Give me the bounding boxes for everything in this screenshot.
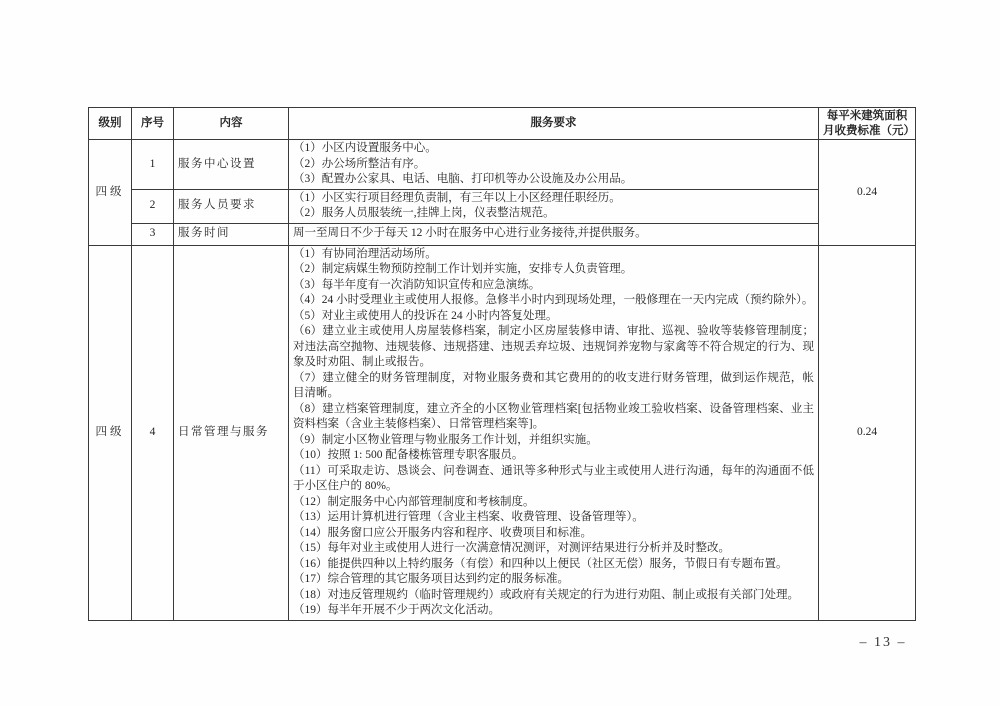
- index-cell-1: 1: [132, 140, 174, 190]
- table-row-4: 四级 4 日常管理与服务 （1）有协同治理活动场所。（2）制定病媒生物预防控制工…: [89, 245, 916, 620]
- table-row-3: 3 服务时间 周一至周日不少于每天 12 小时在服务中心进行业务接待,并提供服务…: [89, 223, 916, 245]
- content-cell-4: 日常管理与服务: [174, 245, 289, 620]
- page-number: – 13 –: [853, 635, 913, 651]
- content-cell-3: 服务时间: [174, 223, 289, 245]
- requirement-line: （2）服务人员服装统一,挂牌上岗，仪表整洁规范。: [293, 206, 814, 222]
- header-requirements: 服务要求: [289, 108, 819, 140]
- header-level: 级别: [89, 108, 132, 140]
- table-row-1: 四级 1 服务中心设置 （1）小区内设置服务中心。（2）办公场所整洁有序。（3）…: [89, 140, 916, 190]
- requirement-line: （15）每年对业主或使用人进行一次满意情况测评，对测评结果进行分析并及时整改。: [293, 541, 814, 557]
- header-index: 序号: [132, 108, 174, 140]
- requirement-line: （8）建立档案管理制度，建立齐全的小区物业管理档案[包括物业竣工验收档案、设备管…: [293, 402, 814, 433]
- requirements-cell-1: （1）小区内设置服务中心。（2）办公场所整洁有序。（3）配置办公家具、电话、电脑…: [289, 140, 819, 190]
- requirement-line: （14）服务窗口应公开服务内容和程序、收费项目和标准。: [293, 526, 814, 542]
- content-cell-1: 服务中心设置: [174, 140, 289, 190]
- requirement-line: （17）综合管理的其它服务项目达到约定的服务标准。: [293, 572, 814, 588]
- requirement-line: （10）按照 1: 500 配备楼栋管理专职客服员。: [293, 448, 814, 464]
- table-header-row: 级别 序号 内容 服务要求 每平米建筑面积 月收费标准（元）: [89, 108, 916, 140]
- requirements-cell-3: 周一至周日不少于每天 12 小时在服务中心进行业务接待,并提供服务。: [289, 223, 819, 245]
- requirement-line: （18）对违反管理规约（临时管理规约）或政府有关规定的行为进行劝阻、制止或报有关…: [293, 588, 814, 604]
- requirement-line: 周一至周日不少于每天 12 小时在服务中心进行业务接待,并提供服务。: [293, 226, 814, 242]
- requirements-list-3: 周一至周日不少于每天 12 小时在服务中心进行业务接待,并提供服务。: [293, 226, 814, 242]
- requirement-line: （2）制定病媒生物预防控制工作计划并实施，安排专人负责管理。: [293, 262, 814, 278]
- requirement-line: （4）24 小时受理业主或使用人报修。急修半小时内到现场处理，一般修理在一天内完…: [293, 293, 814, 309]
- requirement-line: （13）运用计算机进行管理（含业主档案、收费管理、设备管理等）。: [293, 510, 814, 526]
- requirement-line: （2）办公场所整洁有序。: [293, 157, 814, 173]
- requirements-list-4: （1）有协同治理活动场所。（2）制定病媒生物预防控制工作计划并实施，安排专人负责…: [293, 247, 814, 619]
- requirement-line: （19）每半年开展不少于两次文化活动。: [293, 603, 814, 619]
- content-cell-2: 服务人员要求: [174, 189, 289, 223]
- index-cell-3: 3: [132, 223, 174, 245]
- requirement-line: （16）能提供四种以上特约服务（有偿）和四种以上便民（社区无偿）服务，节假日有专…: [293, 557, 814, 573]
- table-row-2: 2 服务人员要求 （1）小区实行项目经理负责制，有三年以上小区经理任职经历。（2…: [89, 189, 916, 223]
- requirement-line: （3）配置办公家具、电话、电脑、打印机等办公设施及办公用品。: [293, 172, 814, 188]
- requirement-line: （11）可采取走访、恳谈会、问卷调查、通讯等多种形式与业主或使用人进行沟通，每年…: [293, 464, 814, 495]
- index-cell-4: 4: [132, 245, 174, 620]
- requirement-line: （6）建立业主或使用人房屋装修档案，制定小区房屋装修申请、审批、巡视、验收等装修…: [293, 324, 814, 371]
- requirement-line: （12）制定服务中心内部管理制度和考核制度。: [293, 495, 814, 511]
- level-cell-group2: 四级: [89, 245, 132, 620]
- fee-cell-group2: 0.24: [819, 245, 916, 620]
- requirements-list-2: （1）小区实行项目经理负责制，有三年以上小区经理任职经历。（2）服务人员服装统一…: [293, 191, 814, 222]
- requirements-cell-4: （1）有协同治理活动场所。（2）制定病媒生物预防控制工作计划并实施，安排专人负责…: [289, 245, 819, 620]
- requirement-line: （9）制定小区物业管理与物业服务工作计划，并组织实施。: [293, 433, 814, 449]
- index-cell-2: 2: [132, 189, 174, 223]
- fee-cell-group1: 0.24: [819, 140, 916, 246]
- requirements-cell-2: （1）小区实行项目经理负责制，有三年以上小区经理任职经历。（2）服务人员服装统一…: [289, 189, 819, 223]
- requirement-line: （7）建立健全的财务管理制度，对物业服务费和其它费用的的收支进行财务管理，做到运…: [293, 371, 814, 402]
- level-cell-group1: 四级: [89, 140, 132, 246]
- requirement-line: （5）对业主或使用人的投诉在 24 小时内答复处理。: [293, 309, 814, 325]
- requirements-list-1: （1）小区内设置服务中心。（2）办公场所整洁有序。（3）配置办公家具、电话、电脑…: [293, 141, 814, 188]
- requirement-line: （1）小区内设置服务中心。: [293, 141, 814, 157]
- header-fee: 每平米建筑面积 月收费标准（元）: [819, 108, 916, 140]
- service-standards-table: 级别 序号 内容 服务要求 每平米建筑面积 月收费标准（元） 四级 1 服务中心…: [88, 107, 916, 621]
- document-page: 级别 序号 内容 服务要求 每平米建筑面积 月收费标准（元） 四级 1 服务中心…: [0, 0, 1000, 706]
- requirement-line: （3）每半年度有一次消防知识宣传和应急演练。: [293, 278, 814, 294]
- requirement-line: （1）有协同治理活动场所。: [293, 247, 814, 263]
- requirement-line: （1）小区实行项目经理负责制，有三年以上小区经理任职经历。: [293, 191, 814, 207]
- header-content: 内容: [174, 108, 289, 140]
